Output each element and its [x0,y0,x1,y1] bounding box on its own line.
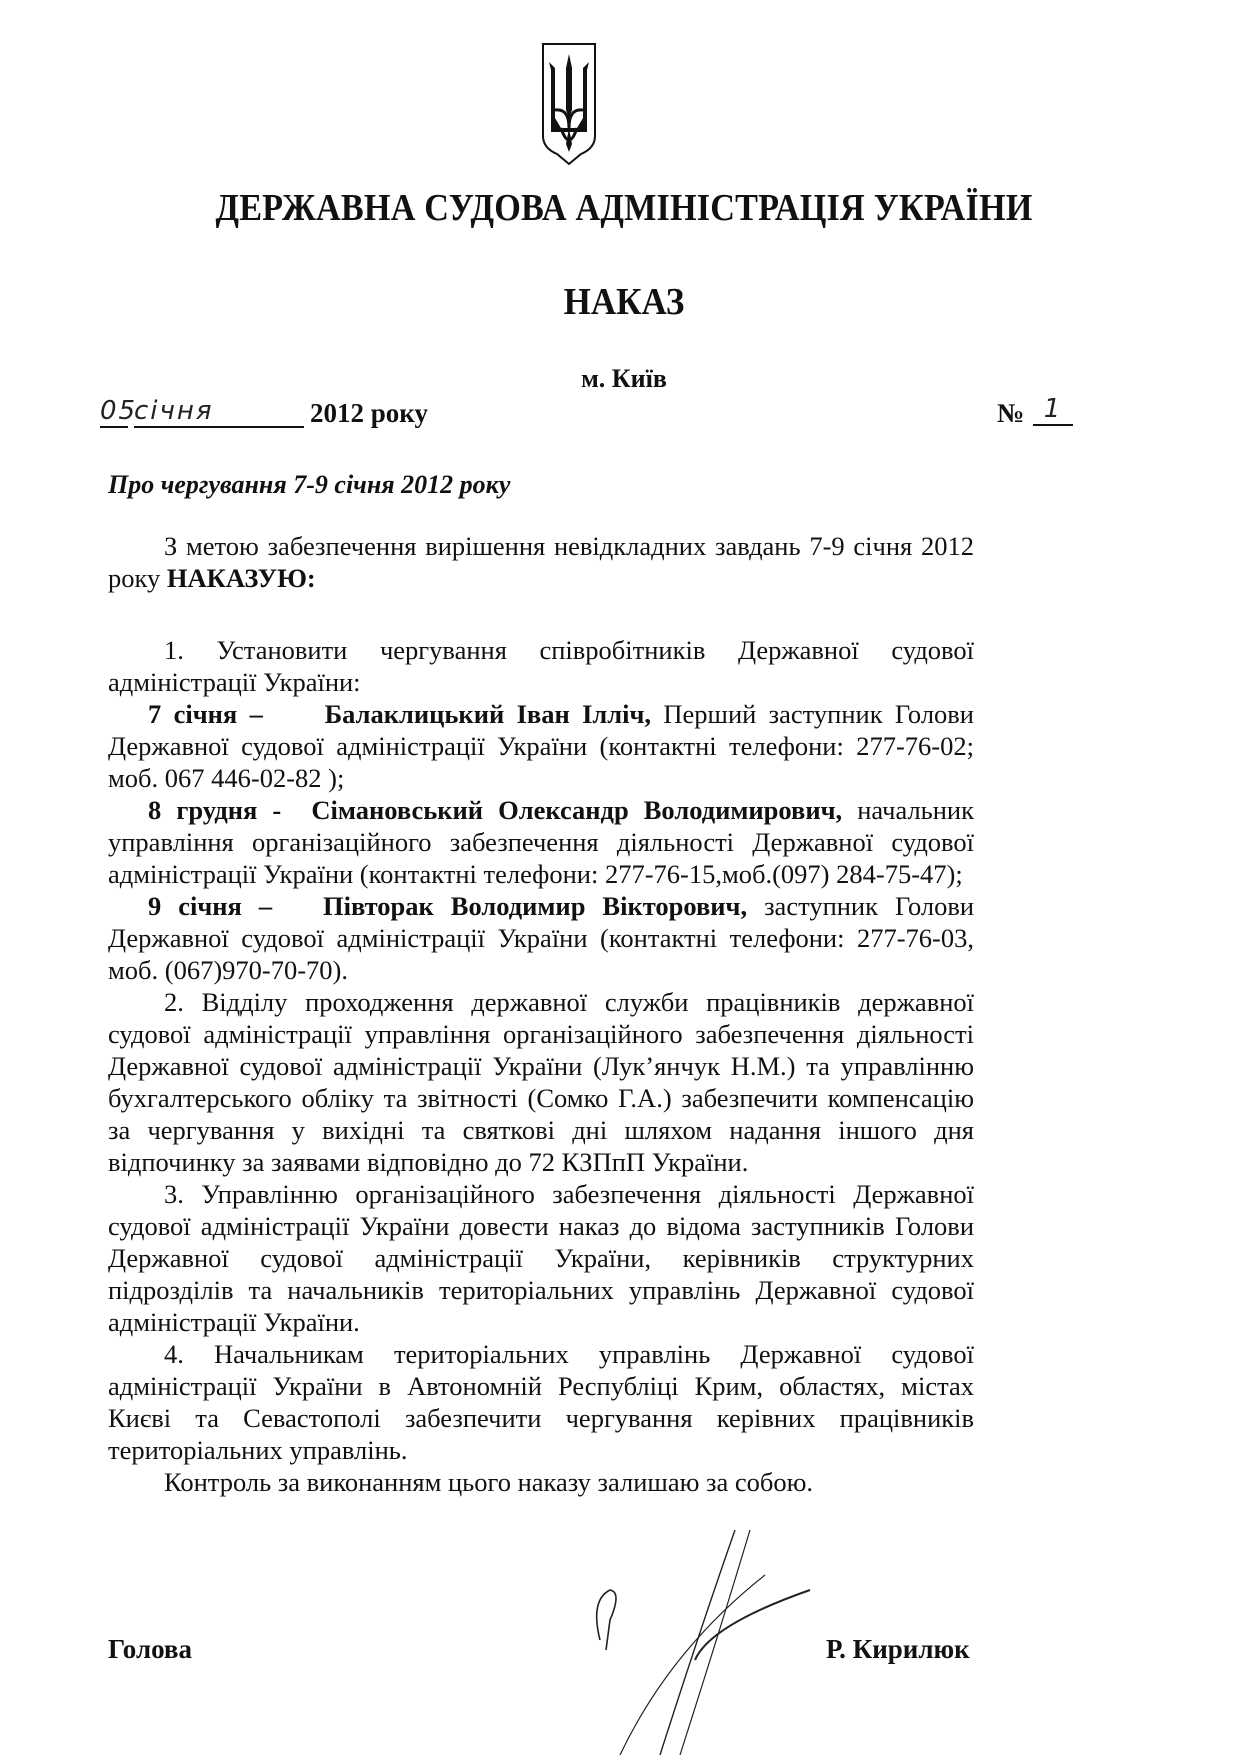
command-word: НАКАЗУЮ: [167,563,316,593]
duty-date: 8 грудня - [148,795,281,825]
point-4: 4. Начальникам територіальних управлінь … [108,1338,974,1466]
point-3: 3. Управлінню організаційного забезпечен… [108,1178,974,1338]
organization-title: ДЕРЖАВНА СУДОВА АДМІНІСТРАЦІЯ УКРАЇНИ [62,186,1185,230]
signatory-name: Р. Кирилюк [826,1634,970,1665]
order-number-label: № [997,398,1024,429]
coat-of-arms-icon [541,40,597,170]
signatory-position: Голова [108,1634,192,1665]
date-day-handwritten: 05 [100,396,128,428]
date-month-handwritten: січня [134,396,304,428]
duty-date: 7 січня – [148,699,263,729]
point-1: 1. Установити чергування співробітників … [108,634,974,698]
city: м. Київ [0,364,1248,394]
order-number-handwritten: 1 [1033,394,1073,426]
signature-icon [560,1530,820,1755]
order-subject: Про чергування 7-9 січня 2012 року [108,470,510,500]
duty-person: Балаклицький Іван Ілліч, [325,699,651,729]
control-clause: Контроль за виконанням цього наказу зали… [108,1466,974,1498]
point-2: 2. Відділу проходження державної служби … [108,986,974,1178]
date-year: 2012 року [310,398,428,429]
order-body: З метою забезпечення вирішення невідклад… [108,530,974,1498]
document-type: НАКАЗ [50,280,1198,324]
duty-entry: 7 січня – Балаклицький Іван Ілліч, Перши… [108,698,974,794]
duty-person: Півторак Володимир Вікторович, [323,891,747,921]
duty-entry: 8 грудня - Сімановський Олександр Володи… [108,794,974,890]
duty-person: Сімановський Олександр Володимирович, [311,795,842,825]
duty-entry: 9 січня – Півторак Володимир Вікторович,… [108,890,974,986]
duty-date: 9 січня – [148,891,272,921]
preamble: З метою забезпечення вирішення невідклад… [108,530,974,594]
document-page: ДЕРЖАВНА СУДОВА АДМІНІСТРАЦІЯ УКРАЇНИ НА… [0,0,1248,1755]
date-line: 05 січня 2012 року № 1 [100,396,1100,432]
